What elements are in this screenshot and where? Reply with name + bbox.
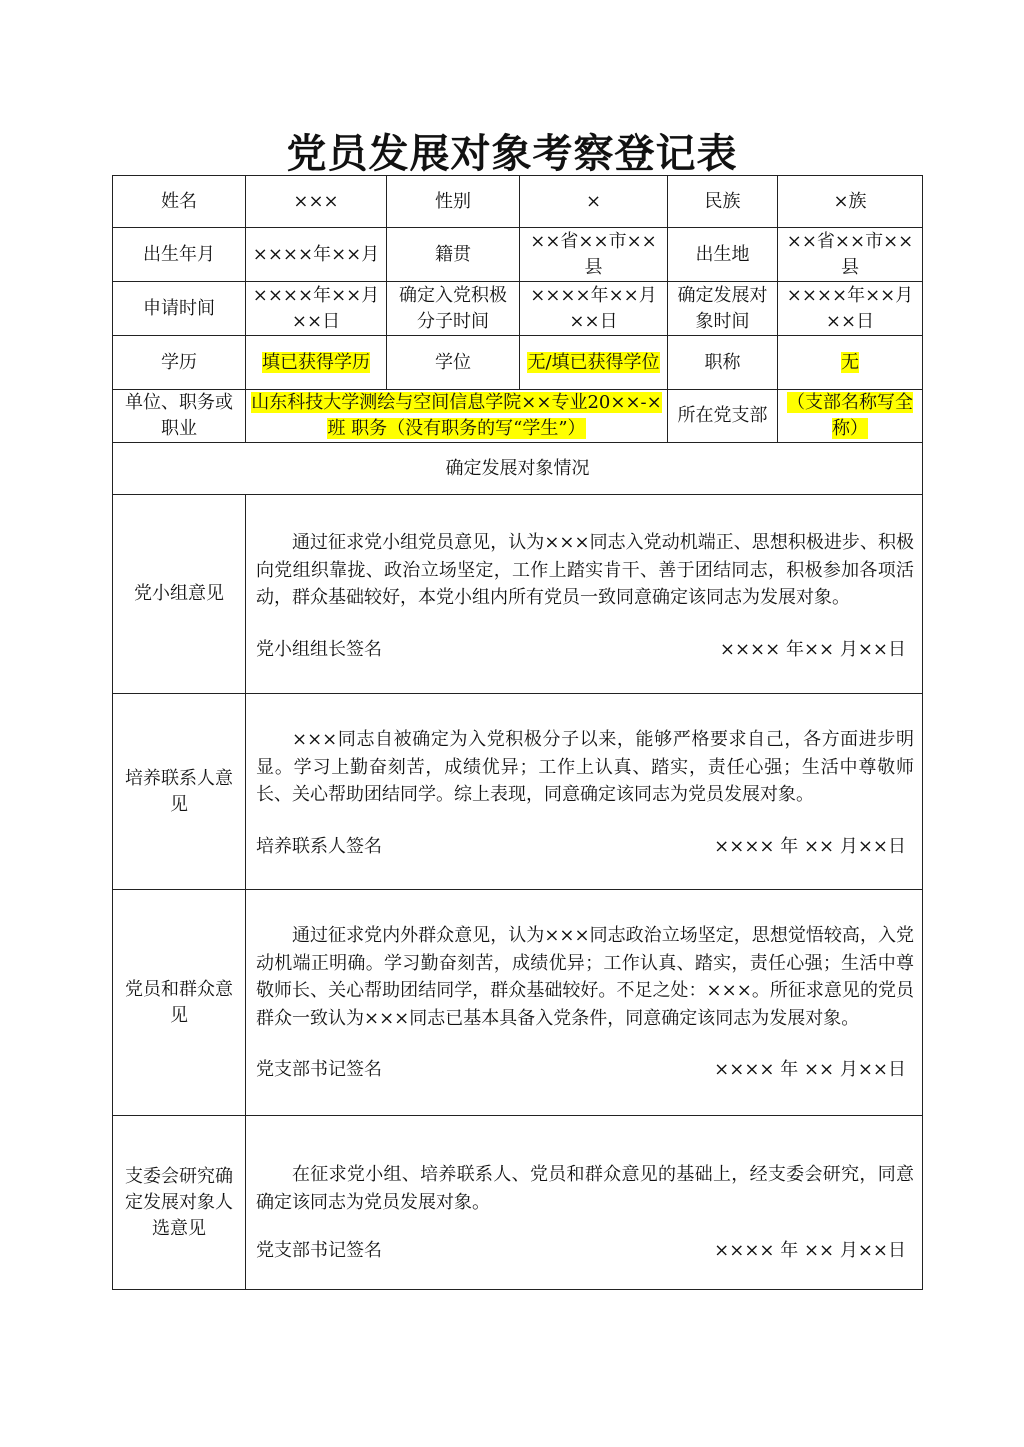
apply-time-label: 申请时间: [113, 282, 246, 336]
opinion-row-committee: 支委会研究确定发展对象人选意见 在征求党小组、培养联系人、党员和群众意见的基础上…: [113, 1116, 923, 1290]
ethnicity-field[interactable]: ×族: [778, 176, 923, 228]
opinion-content[interactable]: 通过征求党内外群众意见，认为×××同志政治立场坚定，思想觉悟较高，入党动机端正明…: [246, 890, 923, 1116]
birthplace-field[interactable]: ××省××市××县: [778, 228, 923, 282]
opinion-text: 在征求党小组、培养联系人、党员和群众意见的基础上，经支委会研究，同意确定该同志为…: [256, 1161, 914, 1216]
opinion-content[interactable]: ×××同志自被确定为入党积极分子以来，能够严格要求自己，各方面进步明显。学习上勤…: [246, 694, 923, 890]
row-education: 学历 填已获得学历 学位 无/填已获得学位 职称 无: [113, 336, 923, 390]
opinion-label: 党员和群众意见: [113, 890, 246, 1116]
branch-label: 所在党支部: [668, 390, 778, 443]
branch-field[interactable]: （支部名称写全称）: [778, 390, 923, 443]
professional-title-value: 无: [841, 352, 859, 373]
row-unit: 单位、职务或职业 山东科技大学测绘与空间信息学院××专业20××-×班 职务（没…: [113, 390, 923, 443]
professional-title-field[interactable]: 无: [778, 336, 923, 390]
sign-date: ×××× 年 ×× 月××日: [714, 1057, 914, 1083]
signer-label: 党小组组长签名: [256, 637, 382, 663]
target-time-field[interactable]: ××××年××月××日: [778, 282, 923, 336]
signer-label: 党支部书记签名: [256, 1057, 382, 1083]
native-field[interactable]: ××省××市××县: [520, 228, 668, 282]
birth-field[interactable]: ××××年××月: [246, 228, 387, 282]
ethnicity-label: 民族: [668, 176, 778, 228]
row-name: 姓名 ××× 性别 × 民族 ×族: [113, 176, 923, 228]
degree-value: 无/填已获得学位: [527, 352, 659, 373]
opinion-text: ×××同志自被确定为入党积极分子以来，能够严格要求自己，各方面进步明显。学习上勤…: [256, 726, 914, 809]
opinion-text: 通过征求党内外群众意见，认为×××同志政治立场坚定，思想觉悟较高，入党动机端正明…: [256, 922, 914, 1032]
opinion-row-masses: 党员和群众意见 通过征求党内外群众意见，认为×××同志政治立场坚定，思想觉悟较高…: [113, 890, 923, 1116]
name-label: 姓名: [113, 176, 246, 228]
row-dates: 申请时间 ××××年××月××日 确定入党积极分子时间 ××××年××月××日 …: [113, 282, 923, 336]
registration-form-table: 姓名 ××× 性别 × 民族 ×族 出生年月 ××××年××月 籍贯 ××省××…: [112, 175, 923, 1290]
unit-label: 单位、职务或职业: [113, 390, 246, 443]
activist-time-field[interactable]: ××××年××月××日: [520, 282, 668, 336]
education-value: 填已获得学历: [262, 352, 370, 373]
signature-line: 党支部书记签名 ×××× 年 ×× 月××日: [256, 1057, 914, 1083]
row-section-header: 确定发展对象情况: [113, 443, 923, 495]
section-header: 确定发展对象情况: [113, 443, 923, 495]
professional-title-label: 职称: [668, 336, 778, 390]
name-field[interactable]: ×××: [246, 176, 387, 228]
apply-time-field[interactable]: ××××年××月××日: [246, 282, 387, 336]
row-birth: 出生年月 ××××年××月 籍贯 ××省××市××县 出生地 ××省××市××县: [113, 228, 923, 282]
education-label: 学历: [113, 336, 246, 390]
opinion-label: 培养联系人意见: [113, 694, 246, 890]
activist-time-label: 确定入党积极分子时间: [387, 282, 520, 336]
opinion-label: 支委会研究确定发展对象人选意见: [113, 1116, 246, 1290]
sign-date: ×××× 年×× 月××日: [720, 637, 914, 663]
signer-label: 党支部书记签名: [256, 1238, 382, 1264]
opinion-content[interactable]: 通过征求党小组党员意见，认为×××同志入党动机端正、思想积极进步、积极向党组织靠…: [246, 495, 923, 694]
gender-field[interactable]: ×: [520, 176, 668, 228]
sign-date: ×××× 年 ×× 月××日: [714, 834, 914, 860]
opinion-row-contact: 培养联系人意见 ×××同志自被确定为入党积极分子以来，能够严格要求自己，各方面进…: [113, 694, 923, 890]
degree-field[interactable]: 无/填已获得学位: [520, 336, 668, 390]
opinion-row-group: 党小组意见 通过征求党小组党员意见，认为×××同志入党动机端正、思想积极进步、积…: [113, 495, 923, 694]
signer-label: 培养联系人签名: [256, 834, 382, 860]
birthplace-label: 出生地: [668, 228, 778, 282]
sign-date: ×××× 年 ×× 月××日: [714, 1238, 914, 1264]
target-time-label: 确定发展对象时间: [668, 282, 778, 336]
birth-label: 出生年月: [113, 228, 246, 282]
signature-line: 党支部书记签名 ×××× 年 ×× 月××日: [256, 1238, 914, 1264]
degree-label: 学位: [387, 336, 520, 390]
opinion-text: 通过征求党小组党员意见，认为×××同志入党动机端正、思想积极进步、积极向党组织靠…: [256, 529, 914, 612]
unit-value: 山东科技大学测绘与空间信息学院××专业20××-×班 职务（没有职务的写“学生”…: [251, 392, 661, 439]
signature-line: 培养联系人签名 ×××× 年 ×× 月××日: [256, 834, 914, 860]
page-title: 党员发展对象考察登记表: [0, 122, 1024, 179]
opinion-label: 党小组意见: [113, 495, 246, 694]
native-label: 籍贯: [387, 228, 520, 282]
unit-field[interactable]: 山东科技大学测绘与空间信息学院××专业20××-×班 职务（没有职务的写“学生”…: [246, 390, 668, 443]
gender-label: 性别: [387, 176, 520, 228]
signature-line: 党小组组长签名 ×××× 年×× 月××日: [256, 637, 914, 663]
education-field[interactable]: 填已获得学历: [246, 336, 387, 390]
opinion-content[interactable]: 在征求党小组、培养联系人、党员和群众意见的基础上，经支委会研究，同意确定该同志为…: [246, 1116, 923, 1290]
branch-value: （支部名称写全称）: [787, 392, 913, 439]
